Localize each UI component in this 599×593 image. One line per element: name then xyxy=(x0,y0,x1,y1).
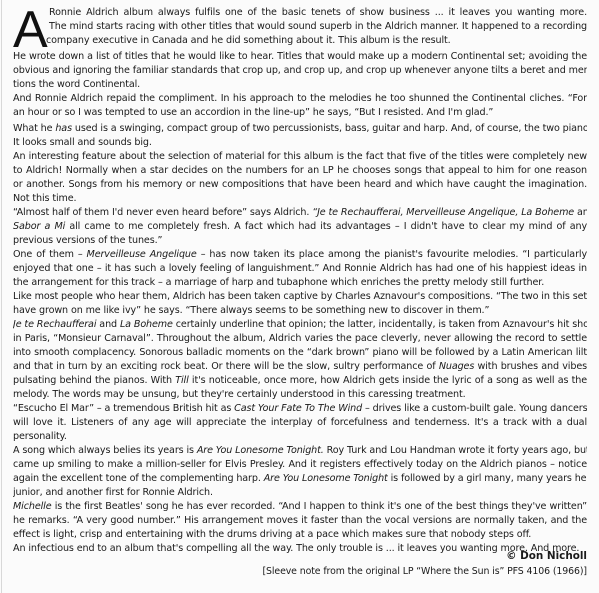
text-line: again the excellent tone of the compleme… xyxy=(13,472,587,486)
text-line: in Paris, “Monsieur Carnaval”. Throughou… xyxy=(13,332,587,346)
text-line: came up smiling to make a million-seller… xyxy=(13,458,587,472)
text-line: personality. xyxy=(13,430,587,444)
page-edge xyxy=(1,0,2,593)
intro-paragraph: A Ronnie Aldrich album always fulfils on… xyxy=(13,6,587,48)
text-line: What he has used is a swinging, compact … xyxy=(13,122,587,136)
sleeve-note: A Ronnie Aldrich album always fulfils on… xyxy=(13,1,587,556)
paragraph: An infectious end to an album that's com… xyxy=(13,542,587,556)
text-line: effect is light, crisp and entertaining … xyxy=(13,528,587,542)
text-line: to Aldrich! Normally when a star decides… xyxy=(13,164,587,178)
text-line: An interesting feature about the selecti… xyxy=(13,150,587,164)
text-line: Michelle is the first Beatles' song he h… xyxy=(13,500,587,514)
paragraph: He wrote down a list of titles that he w… xyxy=(13,50,587,92)
paragraph: Michelle is the first Beatles' song he h… xyxy=(13,500,587,542)
text-line: Not this time. xyxy=(13,192,587,206)
drop-cap: A xyxy=(13,9,47,51)
text-line: have grown on me like ivy” he says. “The… xyxy=(13,304,587,318)
text-line: an hour or so I was tempted to use an ac… xyxy=(13,106,587,120)
text-line: enjoyed that one – it has such a lovely … xyxy=(13,262,587,276)
text-line: and that in turn by an exciting rock bea… xyxy=(13,360,587,374)
paragraph: “Almost half of them I'd never even hear… xyxy=(13,206,587,248)
text-line: Like most people who hear them, Aldrich … xyxy=(13,290,587,304)
text-line: the arrangement for this track – a marri… xyxy=(13,276,587,290)
text-line: And Ronnie Aldrich repaid the compliment… xyxy=(13,92,587,106)
paragraph: And Ronnie Aldrich repaid the compliment… xyxy=(13,92,587,120)
text-line: Ronnie Aldrich album always fulfils one … xyxy=(13,6,587,20)
paragraph: What he has used is a swinging, compact … xyxy=(13,122,587,150)
author-credit: © Don Nicholl xyxy=(506,550,587,562)
text-line: A song which always belies its years is … xyxy=(13,444,587,458)
text-line: company executive in Canada and he did s… xyxy=(13,34,587,48)
text-line: will love it. Listeners of any age will … xyxy=(13,416,587,430)
text-line: An infectious end to an album that's com… xyxy=(13,542,587,556)
text-line: It looks small and sounds big. xyxy=(13,136,587,150)
text-line: obvious and ignoring the familiar standa… xyxy=(13,64,587,78)
text-line: The mind starts racing with other titles… xyxy=(13,20,587,34)
text-line: “Almost half of them I'd never even hear… xyxy=(13,206,587,220)
text-line: He wrote down a list of titles that he w… xyxy=(13,50,587,64)
text-line: Sabor a Mi all came to me completely fre… xyxy=(13,220,587,234)
paragraph: An interesting feature about the selecti… xyxy=(13,150,587,206)
paragraph: One of them – Merveilleuse Angelique – h… xyxy=(13,248,587,290)
source-note: [Sleeve note from the original LP “Where… xyxy=(262,566,587,577)
text-line: into smooth complacency. Sonorous ballad… xyxy=(13,346,587,360)
paragraph: “Escucho El Mar” – a tremendous British … xyxy=(13,402,587,444)
text-line: Je te Rechaufferai and La Boheme certain… xyxy=(13,318,587,332)
text-line: melody. The words may be unsung, but the… xyxy=(13,388,587,402)
text-line: One of them – Merveilleuse Angelique – h… xyxy=(13,248,587,262)
text-line: previous versions of the tunes.” xyxy=(13,234,587,248)
text-line: he remarks. “A very good number.” His ar… xyxy=(13,514,587,528)
text-line: junior, and another first for Ronnie Ald… xyxy=(13,486,587,500)
paragraph: Like most people who hear them, Aldrich … xyxy=(13,290,587,318)
text-line: tions the word Continental. xyxy=(13,78,587,92)
paragraph: A song which always belies its years is … xyxy=(13,444,587,500)
text-line: or another. Songs from his memory or new… xyxy=(13,178,587,192)
paragraph: Je te Rechaufferai and La Boheme certain… xyxy=(13,318,587,402)
text-line: “Escucho El Mar” – a tremendous British … xyxy=(13,402,587,416)
text-line: pulsating behind the pianos. With Till i… xyxy=(13,374,587,388)
